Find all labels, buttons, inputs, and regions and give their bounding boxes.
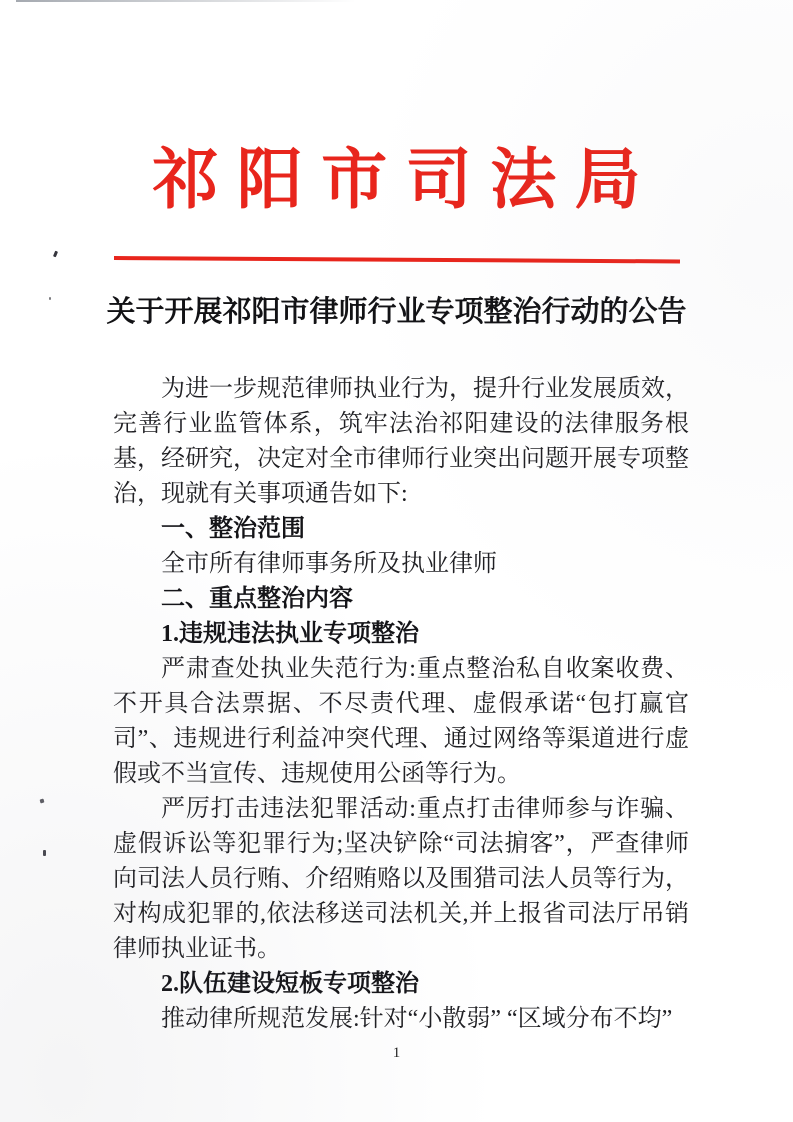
scan-speck: [43, 850, 46, 856]
letterhead-divider-line: [114, 256, 680, 263]
document-body: 为进一步规范律师执业行为，提升行业发展质效，完善行业监管体系，筑牢法治祁阳建设的…: [113, 372, 689, 1037]
item-2-heading: 2.队伍建设短板专项整治: [113, 967, 689, 1002]
item-2-paragraph-1: 推动律所规范发展:针对“小散弱” “区域分布不均”: [113, 1002, 689, 1037]
section-2-heading: 二、重点整治内容: [113, 582, 689, 617]
intro-paragraph: 为进一步规范律师执业行为，提升行业发展质效，完善行业监管体系，筑牢法治祁阳建设的…: [113, 372, 689, 512]
section-1-heading: 一、整治范围: [113, 512, 689, 547]
scan-artifact-top-edge: [16, 0, 356, 2]
document-title: 关于开展祁阳市律师行业专项整治行动的公告: [0, 294, 793, 332]
section-1-scope: 全市所有律师事务所及执业律师: [113, 547, 689, 582]
scan-speck: [53, 251, 58, 258]
item-1-paragraph-1: 严肃查处执业失范行为:重点整治私自收案收费、不开具合法票据、不尽责代理、虚假承诺…: [113, 652, 689, 792]
agency-letterhead: 祁阳市司法局: [0, 140, 793, 219]
document-page: 祁阳市司法局 关于开展祁阳市律师行业专项整治行动的公告 为进一步规范律师执业行为…: [0, 0, 793, 1122]
item-1-paragraph-2: 严厉打击违法犯罪活动:重点打击律师参与诈骗、虚假诉讼等犯罪行为;坚决铲除“司法掮…: [113, 792, 689, 967]
page-number: 1: [0, 1045, 793, 1062]
item-1-heading: 1.违规违法执业专项整治: [113, 617, 689, 652]
scan-speck: [40, 799, 45, 804]
